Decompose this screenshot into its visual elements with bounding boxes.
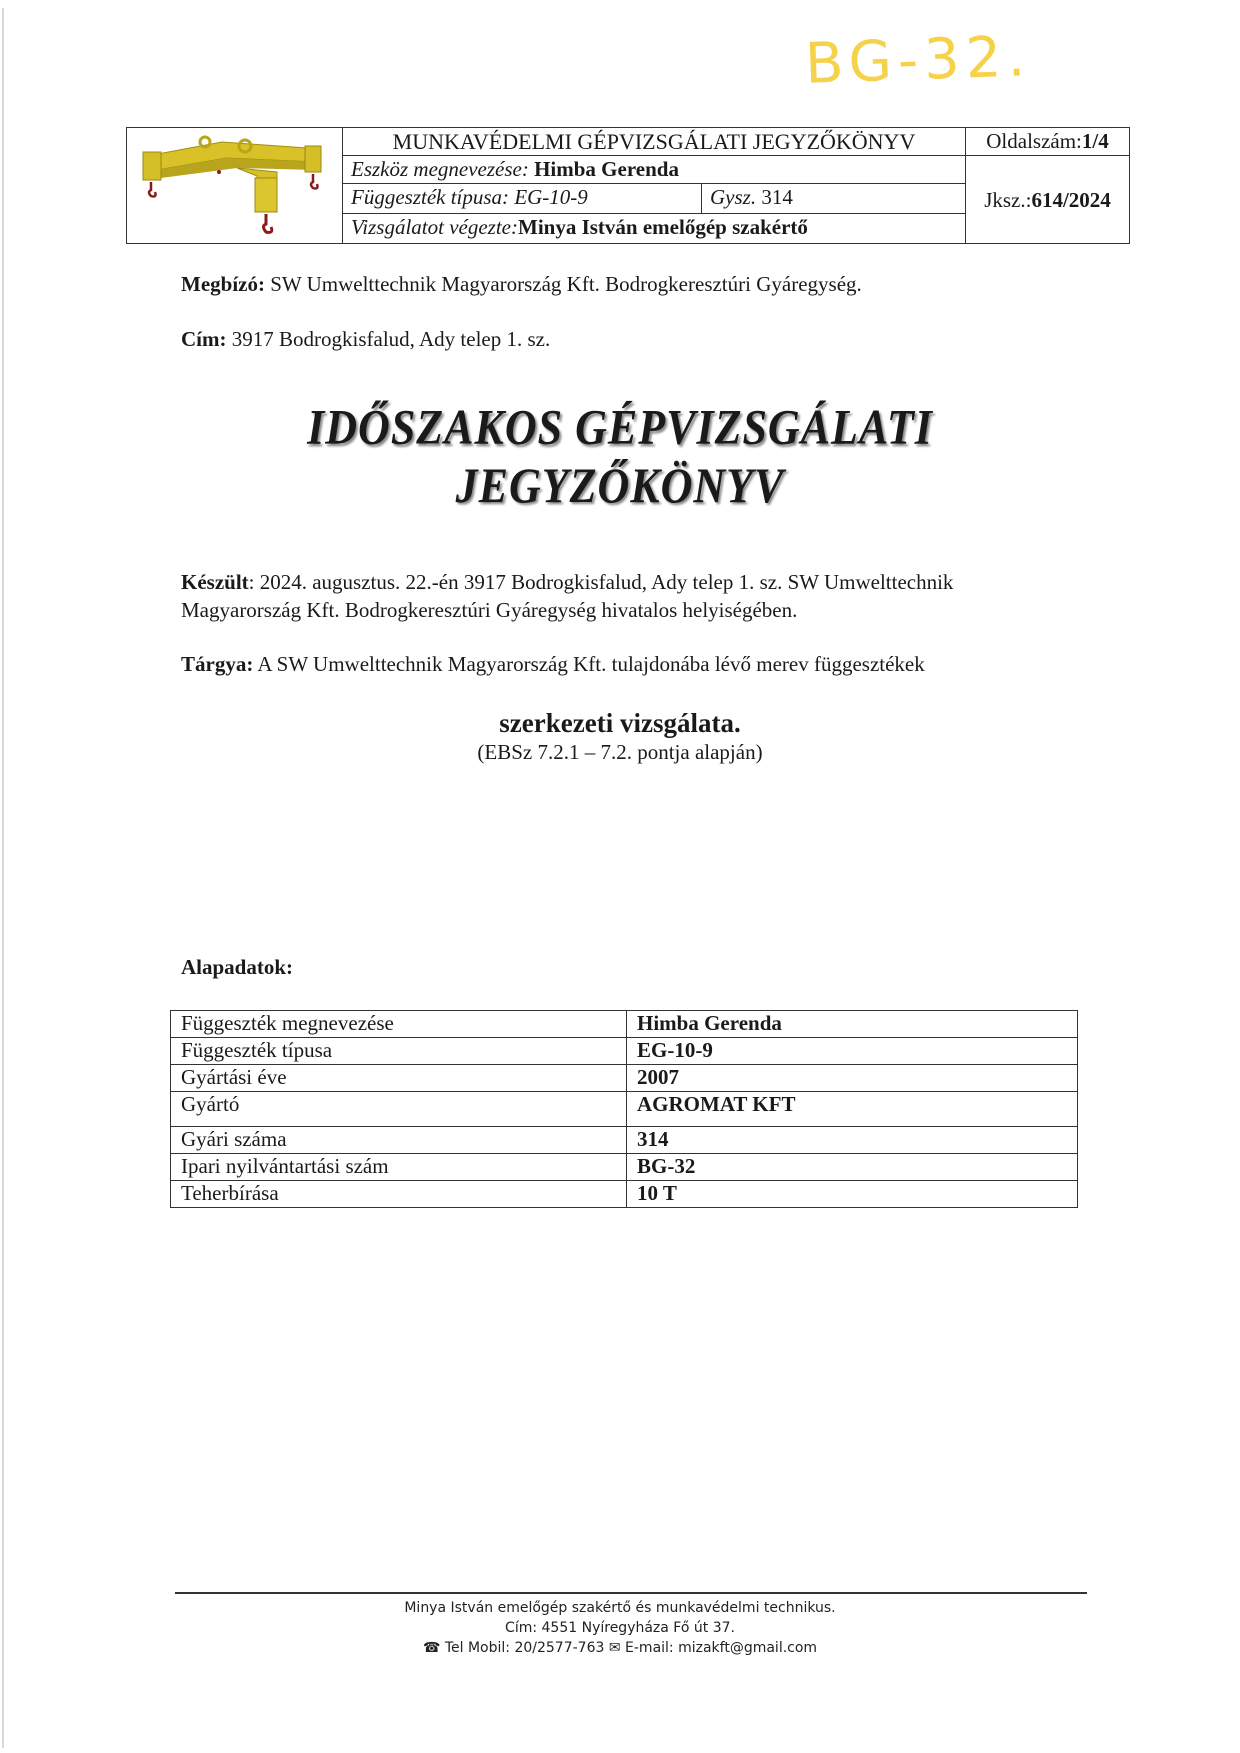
page-value: 1/4 xyxy=(1082,129,1109,153)
client-label: Megbízó: xyxy=(181,272,265,296)
gysz-label: Gysz. xyxy=(710,185,756,209)
type-label: Függeszték típusa: xyxy=(351,185,509,209)
footer-line-2: Cím: 4551 Nyíregyháza Fő út 37. xyxy=(0,1618,1240,1638)
client-value: SW Umwelttechnik Magyarország Kft. Bodro… xyxy=(270,272,862,296)
row-key: Gyártó xyxy=(171,1092,627,1127)
address-value: 3917 Bodrogkisfalud, Ady telep 1. sz. xyxy=(232,327,550,351)
gysz-cell: Gysz. 314 xyxy=(701,184,793,213)
table-row: GyártóAGROMAT KFT xyxy=(171,1092,1078,1127)
mail-icon: ✉ xyxy=(609,1640,621,1656)
table-row: Gyári száma314 xyxy=(171,1127,1078,1154)
table-row: Függeszték megnevezéseHimba Gerenda xyxy=(171,1011,1078,1038)
report-label: Jksz.: xyxy=(984,188,1031,212)
form-title: MUNKAVÉDELMI GÉPVIZSGÁLATI JEGYZŐKÖNYV xyxy=(343,128,965,156)
device-label: Eszköz megnevezése: xyxy=(351,157,529,181)
row-value: 314 xyxy=(627,1127,1078,1154)
made-paragraph: Készült: 2024. augusztus. 22.-én 3917 Bo… xyxy=(181,568,953,624)
type-row: Függeszték típusa: EG-10-9 Gysz. 314 xyxy=(343,184,965,214)
title-line-2: JEGYZŐKÖNYV xyxy=(0,457,1240,515)
made-line-2: Magyarország Kft. Bodrogkeresztúri Gyáre… xyxy=(181,596,953,624)
row-value: BG-32 xyxy=(627,1154,1078,1181)
equipment-image xyxy=(127,128,343,243)
table-row: Teherbírása10 T xyxy=(171,1181,1078,1208)
row-key: Gyártási éve xyxy=(171,1065,627,1092)
page-label: Oldalszám: xyxy=(986,129,1082,153)
row-value: AGROMAT KFT xyxy=(627,1092,1078,1127)
subject-bold: szerkezeti vizsgálata. xyxy=(0,708,1240,739)
inspector-value: Minya István emelőgép szakértő xyxy=(518,215,808,239)
subject-label: Tárgya: xyxy=(181,652,253,676)
footer-email: E-mail: mizakft@gmail.com xyxy=(625,1640,817,1656)
inspector-row: Vizsgálatot végezte:Minya István emelőgé… xyxy=(343,214,965,244)
footer-phone: Tel Mobil: 20/2577-763 xyxy=(445,1640,605,1656)
subject-value: A SW Umwelttechnik Magyarország Kft. tul… xyxy=(257,652,924,676)
row-key: Gyári száma xyxy=(171,1127,627,1154)
address-label: Cím: xyxy=(181,327,227,351)
report-value: 614/2024 xyxy=(1031,188,1110,212)
made-line-1: : 2024. augusztus. 22.-én 3917 Bodrogkis… xyxy=(249,570,954,594)
table-row: Ipari nyilvántartási számBG-32 xyxy=(171,1154,1078,1181)
footer-divider xyxy=(175,1592,1087,1594)
footer-line-1: Minya István emelőgép szakértő és munkav… xyxy=(0,1598,1240,1618)
row-key: Ipari nyilvántartási szám xyxy=(171,1154,627,1181)
row-value: Himba Gerenda xyxy=(627,1011,1078,1038)
device-value: Himba Gerenda xyxy=(534,157,679,181)
client-line: Megbízó: SW Umwelttechnik Magyarország K… xyxy=(181,270,862,298)
document-header: MUNKAVÉDELMI GÉPVIZSGÁLATI JEGYZŐKÖNYV E… xyxy=(126,127,1130,244)
row-key: Függeszték típusa xyxy=(171,1038,627,1065)
basic-data-table: Függeszték megnevezéseHimba GerendaFügge… xyxy=(170,1010,1078,1208)
device-row: Eszköz megnevezése: Himba Gerenda xyxy=(343,156,965,184)
subject-line: Tárgya: A SW Umwelttechnik Magyarország … xyxy=(181,650,925,678)
row-value: 2007 xyxy=(627,1065,1078,1092)
footer-contact: ☎ Tel Mobil: 20/2577-763 ✉ E-mail: mizak… xyxy=(0,1638,1240,1658)
basic-data-heading: Alapadatok: xyxy=(181,955,293,980)
row-value: 10 T xyxy=(627,1181,1078,1208)
row-key: Teherbírása xyxy=(171,1181,627,1208)
phone-icon: ☎ xyxy=(423,1640,440,1656)
page-edge xyxy=(2,8,4,1748)
handwritten-annotation: BG-32. xyxy=(804,24,1032,97)
table-row: Gyártási éve2007 xyxy=(171,1065,1078,1092)
table-row: Függeszték típusaEG-10-9 xyxy=(171,1038,1078,1065)
page-number: Oldalszám:1/4 xyxy=(966,128,1129,156)
subject-reference: (EBSz 7.2.1 – 7.2. pontja alapján) xyxy=(0,740,1240,765)
document-title: IDŐSZAKOS GÉPVIZSGÁLATI JEGYZŐKÖNYV xyxy=(0,399,1240,515)
gysz-value: 314 xyxy=(761,185,793,209)
lifting-beam-icon xyxy=(127,128,341,242)
made-label: Készült xyxy=(181,570,249,594)
inspector-label: Vizsgálatot végezte: xyxy=(351,215,518,239)
report-number: Jksz.:614/2024 xyxy=(966,156,1129,244)
row-key: Függeszték megnevezése xyxy=(171,1011,627,1038)
title-line-1: IDŐSZAKOS GÉPVIZSGÁLATI xyxy=(0,399,1240,457)
address-line: Cím: 3917 Bodrogkisfalud, Ady telep 1. s… xyxy=(181,325,550,353)
type-value: EG-10-9 xyxy=(514,185,587,209)
header-main: MUNKAVÉDELMI GÉPVIZSGÁLATI JEGYZŐKÖNYV E… xyxy=(343,128,965,243)
row-value: EG-10-9 xyxy=(627,1038,1078,1065)
header-right: Oldalszám:1/4 Jksz.:614/2024 xyxy=(965,128,1129,243)
